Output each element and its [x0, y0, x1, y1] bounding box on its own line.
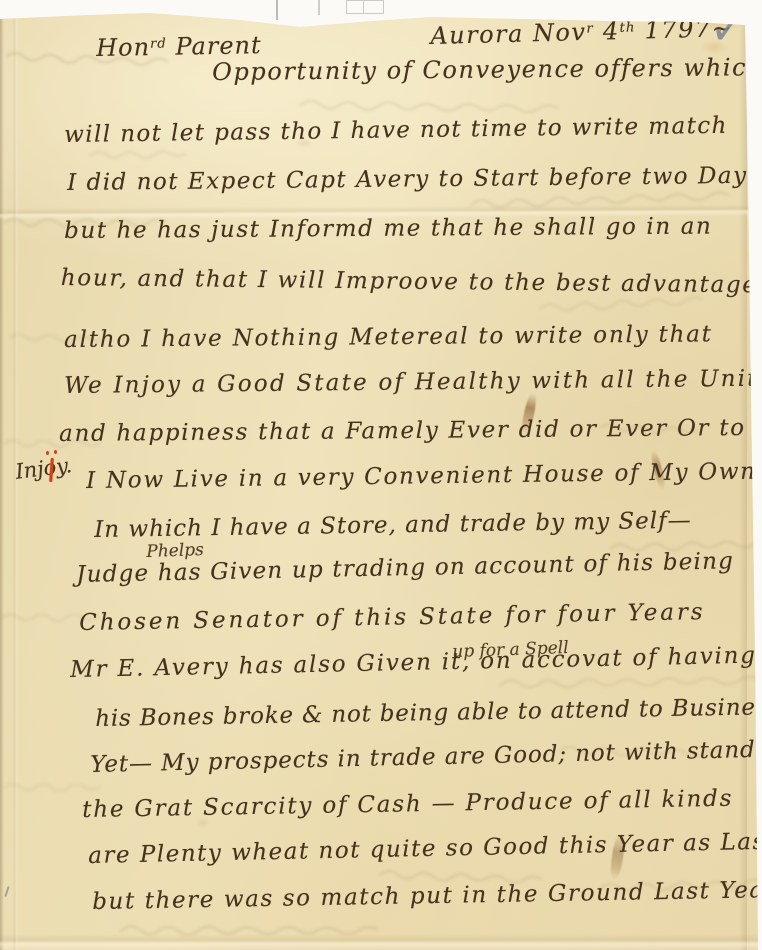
- dateline-text: Aurora Nov: [430, 18, 587, 50]
- fold-crease: [0, 934, 762, 950]
- paper-edge-shadow: [0, 0, 4, 950]
- scan-background: Honrd Parent Aurora Novr 4th 1797~ Oppor…: [0, 0, 762, 950]
- margin-note: Injoy.: [14, 453, 73, 485]
- letter-line: altho I have Nothing Metereal to write o…: [64, 321, 713, 354]
- letter-line: We Injoy a Good State of Healthy with al…: [64, 366, 762, 401]
- letter-line: I did not Expect Capt Avery to Start bef…: [67, 163, 748, 198]
- salutation-text: Parent: [167, 31, 262, 61]
- letter-line: hour, and that I will Improove to the be…: [61, 265, 758, 300]
- dateline: Aurora Novr 4th 1797~: [430, 14, 734, 51]
- dateline-superscript: th: [619, 20, 635, 35]
- letter-line: but he has just Informd me that he shall…: [64, 213, 712, 245]
- salutation-superscript: rd: [150, 37, 167, 52]
- apparatus-mark: [276, 0, 278, 20]
- letter-line: Chosen Senator of this State for four Ye…: [79, 599, 706, 638]
- letter-line: the Grat Scarcity of Cash — Produce of a…: [82, 786, 733, 825]
- letter-line: I Now Live in a very Convenient House of…: [86, 459, 762, 496]
- salutation-text: Hon: [96, 33, 150, 62]
- letter-line: and happiness that a Famely Ever did or …: [59, 415, 746, 449]
- letter-line: will not let pass tho I have not time to…: [64, 113, 728, 150]
- apparatus-mark: [318, 0, 320, 15]
- pencil-mark: [4, 886, 9, 897]
- letter-line: his Bones broke & not being able to atte…: [95, 694, 762, 734]
- letter-line: Mr E. Avery has also Given it, on accova…: [70, 643, 757, 685]
- letter-line: but there was so match put in the Ground…: [92, 877, 762, 917]
- letter-line: Yet— My prospects in trade are Good; not…: [90, 736, 762, 780]
- letter-line: In which I have a Store, and trade by my…: [94, 508, 692, 545]
- pencil-check-mark: ✓: [709, 0, 748, 58]
- letter-paper: Honrd Parent Aurora Novr 4th 1797~ Oppor…: [0, 0, 762, 950]
- apparatus-mark: [346, 0, 384, 14]
- letter-line: are Plenty wheat not quite so Good this …: [88, 829, 762, 871]
- opening-line: Opportunity of Conveyence offers which I: [212, 53, 762, 87]
- dateline-text: 4: [593, 17, 620, 46]
